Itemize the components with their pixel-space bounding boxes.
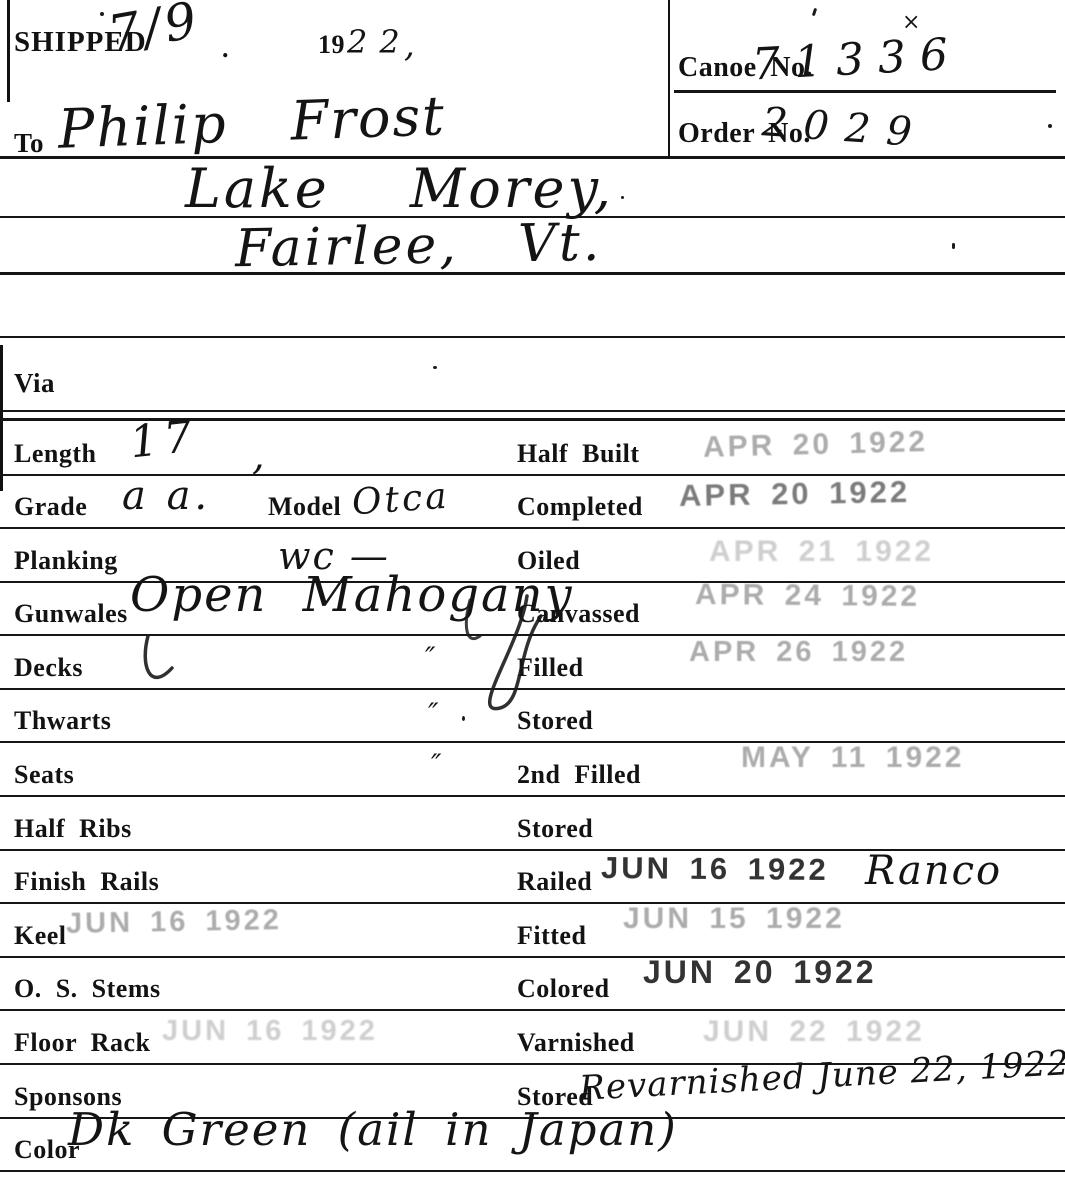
fitted-date-stamp: JUN 15 1922 xyxy=(623,904,845,934)
canoe-no-underline xyxy=(674,90,1056,93)
field-label-colored: Colored xyxy=(517,974,610,1004)
table-row: Thwarts ″ Stored xyxy=(0,690,1065,744)
field-label-decks: Decks xyxy=(14,653,83,683)
half-built-date-stamp: APR 20 1922 xyxy=(703,427,929,463)
field-label-railed: Railed xyxy=(517,867,592,897)
table-row: Gunwales Open Mahogany Canvassed APR 24 … xyxy=(0,583,1065,637)
field-label-filled: Filled xyxy=(517,653,584,683)
year-printed: 19 xyxy=(318,30,345,60)
via-label: Via xyxy=(14,368,55,399)
table-row: Decks ″ Filled APR 26 1922 xyxy=(0,636,1065,690)
table-row: Half Ribs Stored xyxy=(0,797,1065,851)
field-label-length: Length xyxy=(14,439,96,469)
oiled-date-stamp: APR 21 1922 xyxy=(709,537,934,567)
field-label-half-ribs: Half Ribs xyxy=(14,814,132,844)
field-label-os-stems: O. S. Stems xyxy=(14,974,161,1004)
length-handwriting: 17 xyxy=(128,415,200,466)
table-row: Finish Rails Railed JUN 16 1922 Ranco xyxy=(0,851,1065,905)
canoe-no-handwriting: 71336 xyxy=(751,33,963,88)
keel-date-stamp: JUN 16 1922 xyxy=(66,906,282,939)
table-row: Color Dk Green (ail in Japan) xyxy=(0,1119,1065,1173)
year-comma: , xyxy=(404,28,415,62)
color-handwriting: Dk Green (ail in Japan) xyxy=(68,1107,678,1152)
canvassed-date-stamp: APR 24 1922 xyxy=(695,580,920,612)
rule-line xyxy=(0,410,1065,412)
field-label-fitted: Fitted xyxy=(517,921,586,951)
canoe-record-card: SHIPPED 7/9 . 19 22 , × Canoe No. 71336 … xyxy=(0,0,1065,1200)
scan-speck xyxy=(952,243,955,249)
address-line2-handwriting: Fairlee, Vt. xyxy=(235,217,603,275)
scan-speck xyxy=(621,196,624,199)
scan-edge-artifact xyxy=(7,0,10,102)
table-row: Seats ″ 2nd Filled MAY 11 1922 xyxy=(0,743,1065,797)
railed-handwriting: Ranco xyxy=(865,851,1002,891)
floor-rack-date-stamp: JUN 16 1922 xyxy=(162,1017,378,1046)
varnished-date-stamp: JUN 22 1922 xyxy=(703,1017,925,1047)
table-row: Keel JUN 16 1922 Fitted JUN 15 1922 xyxy=(0,904,1065,958)
table-row: O. S. Stems Colored JUN 20 1922 xyxy=(0,958,1065,1012)
field-label-model: Model xyxy=(268,492,341,522)
decks-ditto-mark: ″ xyxy=(425,644,435,672)
field-label-planking: Planking xyxy=(14,546,118,576)
field-label-stored: Stored xyxy=(517,706,593,736)
address-line1-handwriting: Lake Morey, xyxy=(185,162,614,216)
shipped-date-handwriting: 7/9 xyxy=(104,0,204,60)
length-comma-handwriting: , xyxy=(252,436,265,476)
grade-handwriting: a a. xyxy=(122,476,211,516)
table-row: Grade a a. Model Otca Completed APR 20 1… xyxy=(0,476,1065,530)
rule-line xyxy=(0,336,1065,338)
table-row: Length 17 , Half Built APR 20 1922 xyxy=(0,422,1065,476)
field-label-gunwales: Gunwales xyxy=(14,599,128,629)
field-label-seats: Seats xyxy=(14,760,74,790)
field-label-2nd-filled: 2nd Filled xyxy=(517,760,641,790)
field-label-thwarts: Thwarts xyxy=(14,706,111,736)
canoe-order-box: × Canoe No. 71336 Order No. 2029 xyxy=(668,0,1065,158)
order-no-handwriting: 2029 xyxy=(761,102,929,153)
filled-date-stamp: APR 26 1922 xyxy=(689,638,908,667)
thwarts-ditto-mark: ″ xyxy=(428,700,438,728)
field-label-keel: Keel xyxy=(14,921,67,951)
seats-ditto-mark: ″ xyxy=(431,751,441,779)
colored-date-stamp: JUN 20 1922 xyxy=(643,956,877,988)
railed-date-stamp: JUN 16 1922 xyxy=(601,852,829,885)
to-name-handwriting: Philip Frost xyxy=(57,89,447,157)
scan-speck xyxy=(100,12,104,16)
field-label-half-built: Half Built xyxy=(517,439,640,469)
second-filled-date-stamp: MAY 11 1922 xyxy=(741,743,965,773)
build-record-table: Length 17 , Half Built APR 20 1922 Grade… xyxy=(0,422,1065,1172)
field-label-grade: Grade xyxy=(14,492,87,522)
model-handwriting: Otca xyxy=(351,478,451,521)
gunwales-handwriting: Open Mahogany xyxy=(130,571,574,619)
field-label-stored: Stored xyxy=(517,814,593,844)
to-label: To xyxy=(14,128,44,159)
completed-date-stamp: APR 20 1922 xyxy=(679,476,911,511)
field-label-finish-rails: Finish Rails xyxy=(14,867,159,897)
shipped-period: . xyxy=(222,34,229,64)
field-label-floor-rack: Floor Rack xyxy=(14,1028,150,1058)
scan-speck xyxy=(433,366,437,369)
field-label-completed: Completed xyxy=(517,492,643,522)
field-label-varnished: Varnished xyxy=(517,1028,635,1058)
year-handwriting: 22 xyxy=(347,26,412,58)
